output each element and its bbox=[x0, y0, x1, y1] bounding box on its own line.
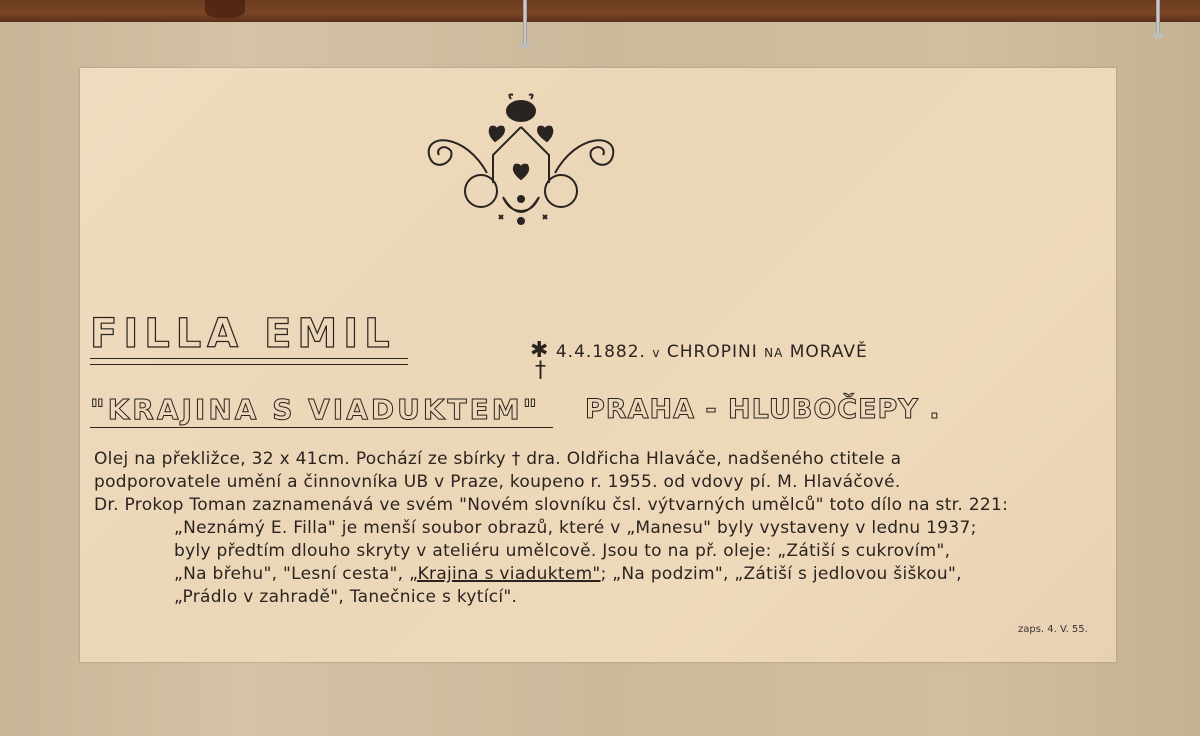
painting-title: "KRAJINA S VIADUKTEM" bbox=[90, 393, 540, 426]
artist-name-underline bbox=[90, 358, 408, 365]
quote-line: byly předtím dlouho skryty v ateliéru um… bbox=[94, 540, 1008, 563]
birth-region: MORAVĚ bbox=[790, 342, 868, 362]
birth-place: CHROPINI bbox=[667, 342, 758, 362]
wood-knot bbox=[205, 0, 245, 18]
wooden-frame-top bbox=[0, 0, 1200, 22]
birth-date: 4.4.1882. bbox=[556, 342, 646, 362]
handwritten-label: FILLA EMIL ✱ 4.4.1882. v CHROPINI NA MOR… bbox=[80, 68, 1116, 662]
body-line: podporovatele umění a činnovníka UB v Pr… bbox=[94, 471, 1008, 494]
quote-text: „Na břehu", "Lesní cesta", bbox=[174, 564, 409, 584]
painting-place: PRAHA - HLUBOČEPY . bbox=[585, 394, 941, 425]
quote-line: „Na břehu", "Lesní cesta", „Krajina s vi… bbox=[94, 563, 1008, 586]
description-text: Olej na překližce, 32 x 41cm. Pochází ze… bbox=[94, 448, 1008, 609]
quote-line: „Prádlo v zahradě", Tanečnice s kytící". bbox=[94, 586, 1008, 609]
death-cross-icon: † bbox=[535, 358, 546, 383]
artist-name: FILLA EMIL bbox=[90, 311, 396, 357]
birth-info: ✱ 4.4.1882. v CHROPINI NA MORAVĚ bbox=[530, 338, 868, 363]
quote-text: ; „Na podzim", „Zátiší s jedlovou šiškou… bbox=[601, 564, 962, 584]
underlined-title: „Krajina s viaduktem" bbox=[409, 564, 600, 584]
nail-left bbox=[523, 0, 527, 44]
body-line: Olej na překližce, 32 x 41cm. Pochází ze… bbox=[94, 448, 1008, 471]
body-line: Dr. Prokop Toman zaznamenává ve svém "No… bbox=[94, 494, 1008, 517]
painting-title-underline bbox=[90, 427, 553, 428]
birth-v: v bbox=[652, 346, 660, 360]
birth-na: NA bbox=[764, 346, 783, 360]
nail-right bbox=[1156, 0, 1160, 34]
quote-line: „Neznámý E. Filla" je menší soubor obraz… bbox=[94, 517, 1008, 540]
folk-floral-ornament-icon bbox=[415, 93, 627, 228]
footnote-date: zaps. 4. V. 55. bbox=[1018, 624, 1088, 635]
